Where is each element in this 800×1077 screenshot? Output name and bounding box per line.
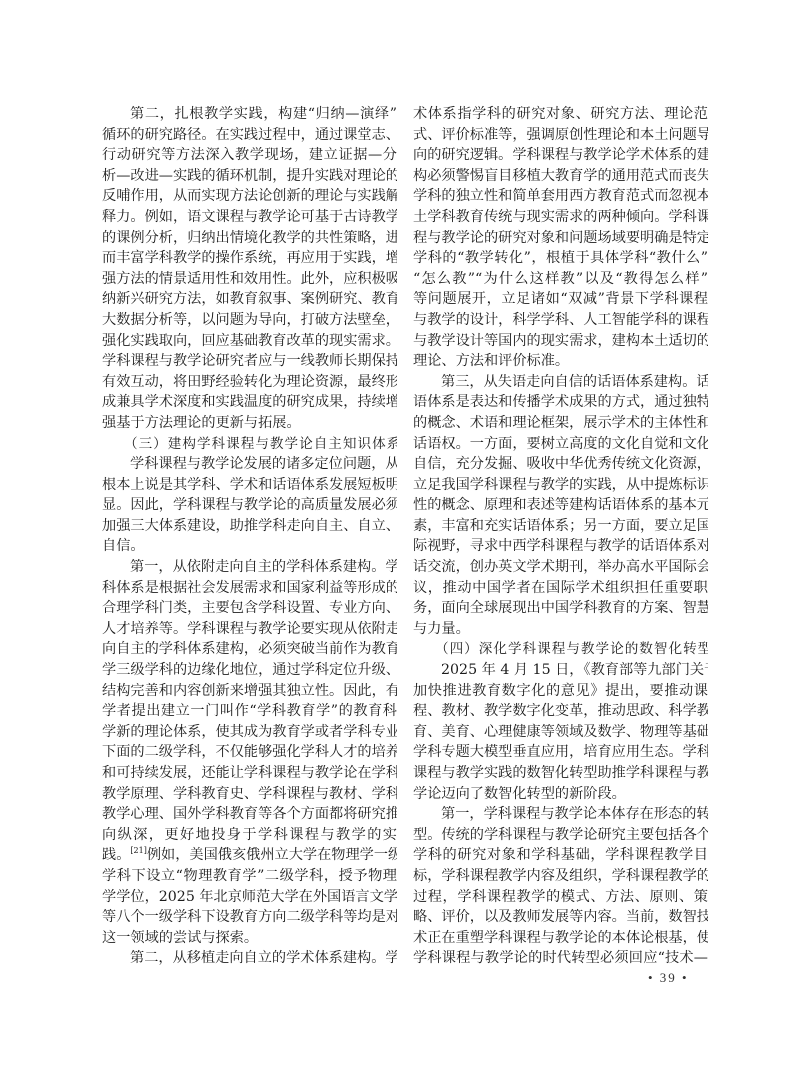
text-line: 语体系是表达和传播学术成果的方式，通过独特 bbox=[413, 392, 708, 413]
text-line: 根本上说是其学科、学术和话语体系发展短板明 bbox=[102, 475, 397, 496]
text-line: 反哺作用，从而实现方法论创新的理论与实践解 bbox=[102, 186, 397, 207]
text-line: 强基于方法理论的更新与拓展。 bbox=[102, 413, 397, 434]
text-line: 学科课程与教学论研究者应与一线教师长期保持 bbox=[102, 351, 397, 372]
text-line: 程、教材、教学数字化变革，推动思政、科学教 bbox=[413, 701, 708, 722]
text-line: 理论、方法和评价标准。 bbox=[413, 351, 708, 372]
text-line: 向自主的学科体系建构，必须突破当前作为教育 bbox=[102, 639, 397, 660]
text-line: 课程与教学实践的数智化转型助推学科课程与教 bbox=[413, 763, 708, 784]
text-line: 性的概念、原理和表述等建构话语体系的基本元 bbox=[413, 495, 708, 516]
text-line: 学学位，2025 年北京师范大学在外国语言文学 bbox=[102, 887, 397, 908]
text-line: 大数据分析等，以问题为导向，打破方法壁垒， bbox=[102, 310, 397, 331]
text-line: 学科的独立性和简单套用西方教育范式而忽视本 bbox=[413, 186, 708, 207]
text-line: 术体系指学科的研究对象、研究方法、理论范 bbox=[413, 104, 708, 125]
text-line: 学科的研究对象和学科基础，学科课程教学目 bbox=[413, 845, 708, 866]
text-line: 第二，从移植走向自立的学术体系建构。学 bbox=[102, 948, 397, 969]
text-line: 立足我国学科课程与教学的实践，从中提炼标识 bbox=[413, 475, 708, 496]
text-line: 循环的研究路径。在实践过程中，通过课堂志、 bbox=[102, 125, 397, 146]
text-line: 下面的二级学科，不仅能够强化学科人才的培养 bbox=[102, 742, 397, 763]
page-number: • 39 • bbox=[648, 970, 689, 986]
text-line: 学科的“教学转化”，根植于具体学科“教什么” bbox=[413, 248, 708, 269]
right-column: 术体系指学科的研究对象、研究方法、理论范式、评价标准等，强调原创性理论和本土问题… bbox=[413, 104, 708, 969]
text-line: 第二，扎根教学实践，构建“归纳—演绎” bbox=[102, 104, 397, 125]
text-line: 话语权。一方面，要树立高度的文化自觉和文化 bbox=[413, 434, 708, 455]
text-line: 的概念、术语和理论框架，展示学术的主体性和 bbox=[413, 413, 708, 434]
text-line: 践。[21]例如，美国俄亥俄州立大学在物理学一级 bbox=[102, 845, 397, 866]
text-line: 构必须警惕盲目移植大教育学的通用范式而丧失 bbox=[413, 166, 708, 187]
text-line: 等问题展开，立足诸如“双减”背景下学科课程 bbox=[413, 289, 708, 310]
text-line: 成兼具学术深度和实践温度的研究成果，持续增 bbox=[102, 392, 397, 413]
text-line: 自信。 bbox=[102, 536, 397, 557]
text-line: 土学科教育传统与现实需求的两种倾向。学科课 bbox=[413, 207, 708, 228]
text-line: 显。因此，学科课程与教学论的高质量发展必须 bbox=[102, 495, 397, 516]
text-line: 合理学科门类，主要包含学科设置、专业方向、 bbox=[102, 598, 397, 619]
text-line: 纳新兴研究方法，如教育叙事、案例研究、教育 bbox=[102, 289, 397, 310]
text-line: 有效互动，将田野经验转化为理论资源，最终形 bbox=[102, 372, 397, 393]
text-line: 科体系是根据社会发展需求和国家利益等形成的 bbox=[102, 578, 397, 599]
text-line: 而丰富学科教学的操作系统，再应用于实践，增 bbox=[102, 248, 397, 269]
text-line: 程与教学论的研究对象和问题场域要明确是特定 bbox=[413, 228, 708, 249]
text-line: 自信，充分发掘、吸收中华优秀传统文化资源， bbox=[413, 454, 708, 475]
text-line: 与教学的设计，科学学科、人工智能学科的课程 bbox=[413, 310, 708, 331]
text-line: 行动研究等方法深入教学现场，建立证据—分 bbox=[102, 145, 397, 166]
text-line: 学者提出建立一门叫作“学科教育学”的教育科 bbox=[102, 701, 397, 722]
text-line: 教学原理、学科教育史、学科课程与教材、学科 bbox=[102, 784, 397, 805]
text-line: 学科专题大模型垂直应用，培育应用生态。学科 bbox=[413, 742, 708, 763]
text-line: 育、美育、心理健康等领域及数学、物理等基础 bbox=[413, 722, 708, 743]
text-line: 2025 年 4 月 15 日，《教育部等九部门关于 bbox=[413, 660, 708, 681]
text-line: 等八个一级学科下设教育方向二级学科等均是对 bbox=[102, 907, 397, 928]
text-line: 人才培养等。学科课程与教学论要实现从依附走 bbox=[102, 619, 397, 640]
text-line: 学三级学科的边缘化地位，通过学科定位升级、 bbox=[102, 660, 397, 681]
text-line: 加强三大体系建设，助推学科走向自主、自立、 bbox=[102, 516, 397, 537]
text-line: 与教学设计等国内的现实需求，建构本土适切的 bbox=[413, 331, 708, 352]
text-line: 略、评价，以及教师发展等内容。当前，数智技 bbox=[413, 907, 708, 928]
text-fragment: 例如，美国俄亥俄州立大学在物理学一级 bbox=[147, 847, 397, 863]
text-line: 话交流，创办英文学术期刊，举办高水平国际会 bbox=[413, 557, 708, 578]
text-line: 的课例分析，归纳出情境化教学的共性策略，进 bbox=[102, 228, 397, 249]
text-line: 学科下设立“物理教育学”二级学科，授予物理 bbox=[102, 866, 397, 887]
text-line: 学科课程与教学论发展的诸多定位问题，从 bbox=[102, 454, 397, 475]
text-line: 第一，学科课程与教学论本体存在形态的转 bbox=[413, 804, 708, 825]
text-line: 这一领域的尝试与探索。 bbox=[102, 928, 397, 949]
text-line: 型。传统的学科课程与教学论研究主要包括各个 bbox=[413, 825, 708, 846]
text-line: 学新的理论体系，使其成为教育学或者学科专业 bbox=[102, 722, 397, 743]
text-line: 议，推动中国学者在国际学术组织担任重要职 bbox=[413, 578, 708, 599]
text-line: 际视野，寻求中西学科课程与教学的话语体系对 bbox=[413, 536, 708, 557]
text-line: 向的研究逻辑。学科课程与教学论学术体系的建 bbox=[413, 145, 708, 166]
text-line: 向纵深，更好地投身于学科课程与教学的实 bbox=[102, 825, 397, 846]
text-line: 标，学科课程教学内容及组织，学科课程教学的 bbox=[413, 866, 708, 887]
text-line: 与力量。 bbox=[413, 619, 708, 640]
text-line: 教学心理、国外学科教育等各个方面都将研究推 bbox=[102, 804, 397, 825]
text-line: 务，面向全球展现出中国学科教育的方案、智慧 bbox=[413, 598, 708, 619]
text-line: 和可持续发展，还能让学科课程与教学论在学科 bbox=[102, 763, 397, 784]
section-heading: （四）深化学科课程与教学论的数智化转型 bbox=[413, 639, 708, 660]
text-line: 结构完善和内容创新来增强其独立性。因此，有 bbox=[102, 681, 397, 702]
text-line: 学论迈向了数智化转型的新阶段。 bbox=[413, 784, 708, 805]
text-line: “怎么教”“为什么这样教”以及“教得怎么样” bbox=[413, 269, 708, 290]
text-line: 释力。例如，语文课程与教学论可基于古诗教学 bbox=[102, 207, 397, 228]
text-fragment: 践。 bbox=[102, 847, 130, 863]
text-line: 第三，从失语走向自信的话语体系建构。话 bbox=[413, 372, 708, 393]
text-line: 强方法的情景适用性和效用性。此外，应积极吸 bbox=[102, 269, 397, 290]
text-line: 素，丰富和充实话语体系；另一方面，要立足国 bbox=[413, 516, 708, 537]
text-line: 过程，学科课程教学的模式、方法、原则、策 bbox=[413, 887, 708, 908]
text-line: 第一，从依附走向自主的学科体系建构。学 bbox=[102, 557, 397, 578]
citation-reference: [21] bbox=[130, 846, 146, 855]
section-heading: （三）建构学科课程与教学论自主知识体系 bbox=[102, 434, 397, 455]
text-line: 加快推进教育数字化的意见》提出，要推动课 bbox=[413, 681, 708, 702]
text-line: 式、评价标准等，强调原创性理论和本土问题导 bbox=[413, 125, 708, 146]
text-line: 析—改进—实践的循环机制，提升实践对理论的 bbox=[102, 166, 397, 187]
text-line: 术正在重塑学科课程与教学论的本体论根基，使 bbox=[413, 928, 708, 949]
left-column: 第二，扎根教学实践，构建“归纳—演绎”循环的研究路径。在实践过程中，通过课堂志、… bbox=[102, 104, 397, 969]
text-line: 强化实践取向，回应基础教育改革的现实需求。 bbox=[102, 331, 397, 352]
text-line: 学科课程与教学论的时代转型必须回应“技术— bbox=[413, 948, 708, 969]
